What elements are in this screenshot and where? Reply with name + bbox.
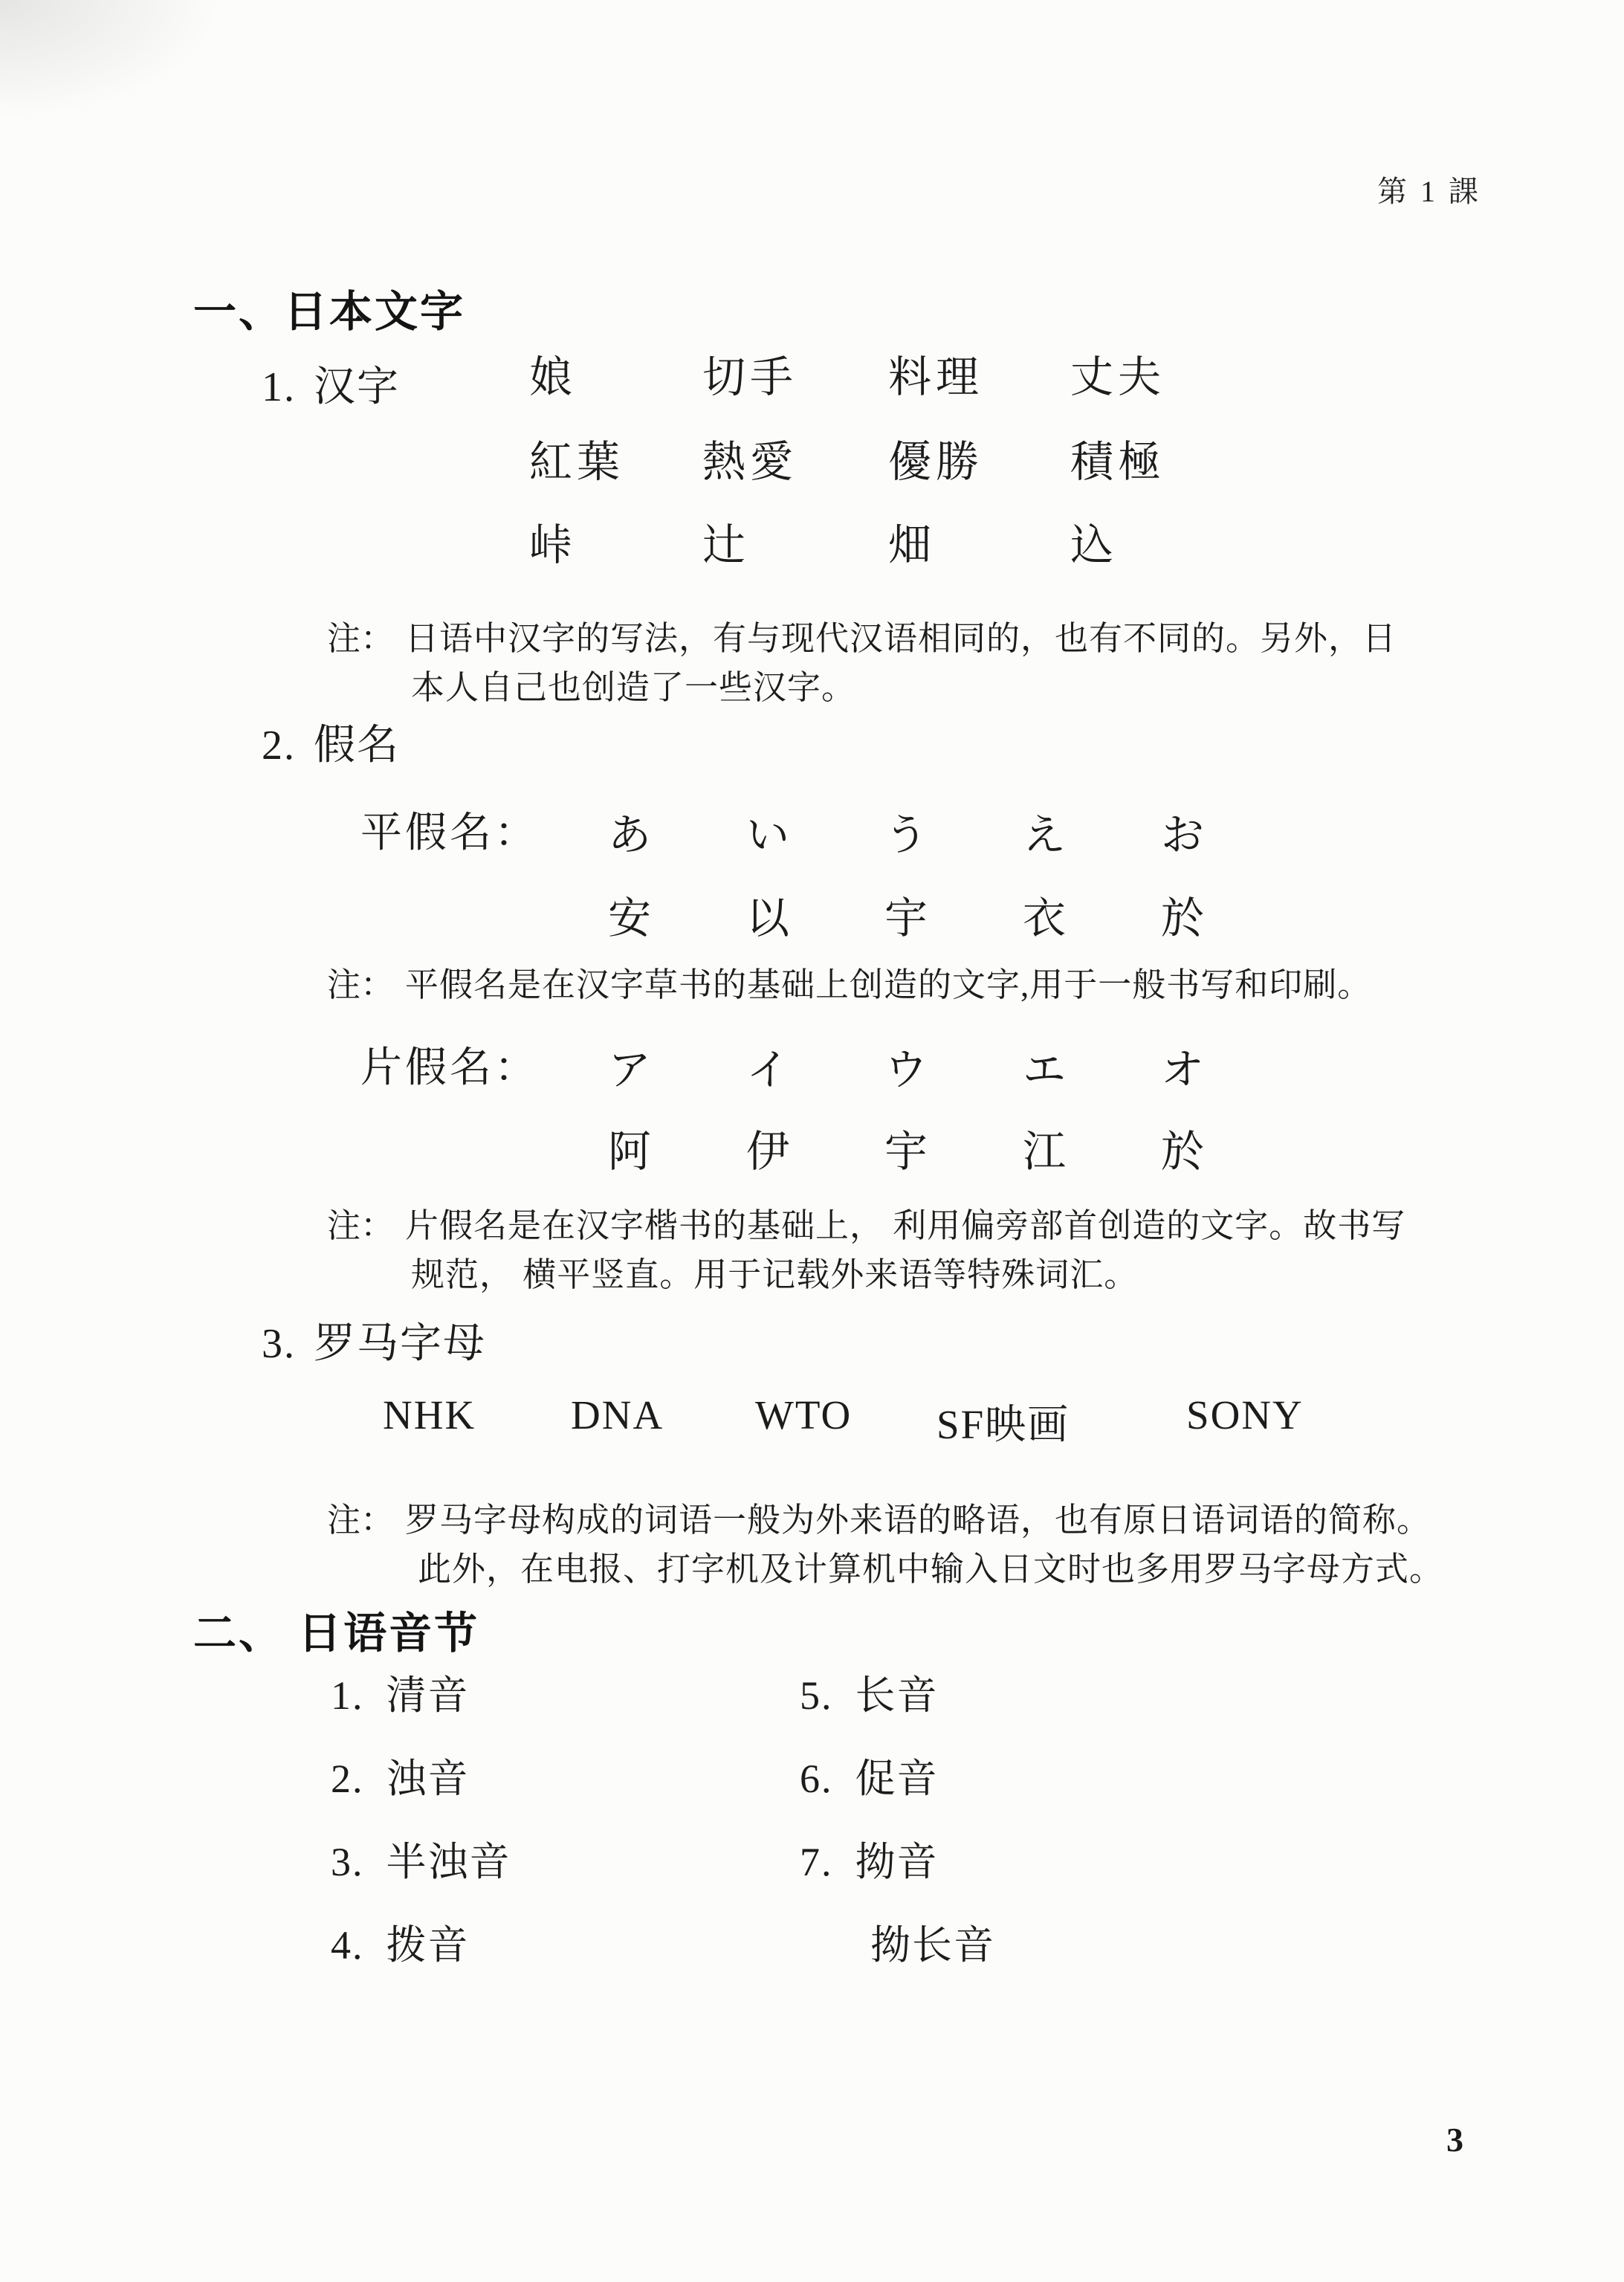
syllable-text: 拨音: [386, 1923, 470, 1968]
note-text: 此外，在电报、打字机及计算机中输入日文时也多用罗马字母方式。: [418, 1542, 1443, 1590]
item-kana: 2.假名: [262, 712, 400, 772]
syllable-number: 5.: [800, 1672, 833, 1719]
syllable-item: 5.长音: [800, 1664, 939, 1721]
katakana-char: エ: [1023, 1035, 1104, 1097]
kanji-example: 積極: [1070, 439, 1165, 487]
syllable-text: 半浊音: [386, 1840, 511, 1884]
note-label: 注：: [327, 1493, 394, 1541]
katakana-char: オ: [1161, 1035, 1243, 1097]
hiragana-origin-kanji: 宇: [884, 883, 966, 946]
syllable-text: 拗长音: [870, 1923, 995, 1968]
item-kanji-label: 汉字: [314, 364, 400, 410]
kanji-example: 料理: [888, 354, 983, 402]
kanji-example: 熱愛: [702, 439, 798, 487]
syllable-number: 3.: [331, 1839, 364, 1885]
katakana-origin-kanji: 江: [1023, 1116, 1104, 1179]
item-romaji: 3.罗马字母: [262, 1310, 486, 1370]
hiragana-char: お: [1161, 800, 1243, 862]
kanji-example: 畑: [888, 522, 936, 570]
hiragana-char: い: [746, 800, 828, 862]
hiragana-char: う: [884, 800, 966, 862]
katakana-char: ウ: [884, 1035, 966, 1097]
textbook-page: 第 1 課 一、日本文字 1.汉字 娘 切手 料理 丈夫 紅葉 熱愛 優勝 積極…: [0, 0, 1624, 2282]
kanji-example: 優勝: [888, 439, 983, 487]
kanji-example: 切手: [702, 354, 798, 402]
syllable-item: 拗长音: [870, 1913, 995, 1971]
item-kanji: 1.汉字: [262, 354, 400, 413]
syllable-text: 浊音: [386, 1756, 470, 1801]
katakana-origin-kanji: 伊: [746, 1116, 828, 1179]
scan-corner-shade: [0, 0, 223, 119]
syllable-item: 1.清音: [331, 1664, 470, 1721]
kanji-example: 辻: [702, 522, 750, 570]
hiragana-origin-kanji: 安: [608, 883, 690, 946]
katakana-origin-kanji: 宇: [884, 1116, 966, 1179]
syllable-text: 清音: [386, 1673, 470, 1718]
item-romaji-label: 罗马字母: [314, 1321, 486, 1367]
katakana-char: イ: [746, 1035, 828, 1097]
note-text: 片假名是在汉字楷书的基础上， 利用偏旁部首创造的文字。故书写: [405, 1198, 1405, 1247]
syllable-number: 6.: [800, 1756, 833, 1802]
romaji-example: SONY: [1186, 1391, 1304, 1438]
kanji-example: 紅葉: [529, 439, 624, 487]
syllable-number: 4.: [331, 1922, 364, 1968]
katakana-origin-kanji: 於: [1161, 1116, 1243, 1179]
katakana-origin-kanji: 阿: [608, 1116, 690, 1179]
syllable-number: 7.: [800, 1839, 833, 1885]
lesson-header: 第 1 課: [1377, 168, 1481, 210]
syllable-item: 7.拗音: [800, 1830, 939, 1887]
syllable-number: 1.: [331, 1672, 364, 1719]
syllable-item: 4.拨音: [331, 1913, 470, 1971]
hiragana-char: あ: [608, 800, 690, 862]
note-label: 注：: [327, 957, 394, 1006]
kanji-example: 込: [1070, 522, 1118, 570]
item-kanji-number: 1.: [262, 363, 296, 411]
syllable-text: 拗音: [855, 1840, 939, 1884]
syllable-item: 2.浊音: [331, 1747, 470, 1804]
hiragana-origin-kanji: 以: [746, 883, 828, 946]
syllable-item: 3.半浊音: [331, 1830, 511, 1887]
katakana-label: 片假名：: [360, 1035, 539, 1094]
romaji-example: SF映画: [936, 1391, 1070, 1450]
hiragana-origin-kanji: 於: [1161, 883, 1243, 946]
item-kana-label: 假名: [314, 723, 400, 769]
note-label: 注：: [327, 1198, 394, 1247]
note-text: 规范， 横平竖直。用于记载外来语等特殊词汇。: [411, 1247, 1138, 1296]
section1-title: 一、日本文字: [193, 277, 465, 339]
kanji-example: 峠: [529, 522, 577, 570]
kanji-example: 丈夫: [1070, 354, 1165, 402]
item-kana-number: 2.: [262, 722, 296, 769]
note-text: 本人自己也创造了一些汉字。: [411, 660, 855, 708]
note-text: 罗马字母构成的词语一般为外来语的略语，也有原日语词语的简称。: [405, 1493, 1431, 1541]
kanji-example: 娘: [529, 354, 577, 402]
katakana-char: ア: [608, 1035, 690, 1097]
romaji-example: WTO: [755, 1391, 852, 1438]
hiragana-label: 平假名：: [360, 800, 539, 859]
syllable-number: 2.: [331, 1756, 364, 1802]
syllable-text: 长音: [855, 1673, 939, 1718]
item-romaji-number: 3.: [262, 1320, 296, 1368]
note-label: 注：: [327, 611, 394, 659]
hiragana-char: え: [1023, 800, 1104, 862]
note-text: 平假名是在汉字草书的基础上创造的文字,用于一般书写和印刷。: [405, 957, 1371, 1006]
hiragana-origin-kanji: 衣: [1023, 883, 1104, 946]
section2-title: 二、 日语音节: [193, 1598, 479, 1661]
note-text: 日语中汉字的写法，有与现代汉语相同的，也有不同的。另外，日: [405, 611, 1397, 659]
syllable-item: 6.促音: [800, 1747, 939, 1804]
page-number: 3: [1446, 2120, 1463, 2159]
romaji-example: DNA: [571, 1391, 664, 1438]
syllable-text: 促音: [855, 1756, 939, 1801]
romaji-example: NHK: [383, 1391, 476, 1438]
